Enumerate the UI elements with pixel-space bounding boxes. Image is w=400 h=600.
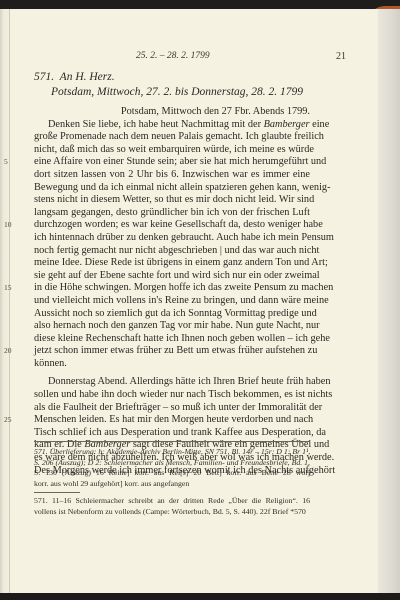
letter-heading: 571. An H. Herz. Potsdam, Mittwoch, 27. … xyxy=(34,70,303,100)
text-line: als die Faulheit der Briefträger – so mu… xyxy=(34,402,310,415)
apparatus-line: S. 130 (Auszug) 16 Reine] korr. aus Rei[… xyxy=(34,468,310,479)
text-line: 5eine Affaire von einer Stunde sein; abe… xyxy=(34,156,310,169)
scan-background-bottom xyxy=(0,593,400,600)
apparatus-line: korr. aus wohl 29 aufgehört] korr. aus a… xyxy=(34,479,310,490)
text-line: nicht, daß mich das so weit embarquiren … xyxy=(34,144,310,157)
commentary-line: 571. 11–16 Schleiermacher schreibt an de… xyxy=(34,496,310,507)
text-line: 20jetzt schon immer etwas früher zu Bett… xyxy=(34,345,310,358)
line-number: 15 xyxy=(4,282,12,295)
page-right-edge xyxy=(378,9,400,593)
commentary-rule xyxy=(34,492,80,493)
line-number: 25 xyxy=(4,414,12,427)
apparatus-line: S. 206 (Auszug); D 2: Schleiermacher als… xyxy=(34,458,310,469)
letter-place-date: Potsdam, Mittwoch, 27. 2. bis Donnerstag… xyxy=(34,85,303,100)
line-number: 5 xyxy=(4,156,8,169)
text-line: und vielleicht mich vollens in's Reine z… xyxy=(34,295,310,308)
text-line: 15in die Höhe schwingen. Morgen hoffe ic… xyxy=(34,282,310,295)
text-line: Bewegung und da ich einmal nicht allein … xyxy=(34,182,310,195)
text-line: Denken Sie liebe, ich habe heut Nachmitt… xyxy=(34,119,310,132)
dateline: Potsdam, Mittwoch den 27 Fbr. Abends 179… xyxy=(34,106,310,119)
text-line: Donnerstag Abend. Allerdings hätte ich I… xyxy=(34,376,310,389)
commentary: 571. 11–16 Schleiermacher schreibt an de… xyxy=(34,496,310,517)
letter-body: Potsdam, Mittwoch den 27 Fbr. Abends 179… xyxy=(34,106,310,477)
text-line: sollen und habe ihn doch wieder nur nach… xyxy=(34,389,310,402)
running-head-dates: 25. 2. – 28. 2. 1799 xyxy=(136,51,210,61)
text-line: sie geht auf der Ebene sachte fort und w… xyxy=(34,270,310,283)
page-number: 21 xyxy=(336,51,346,62)
page-left-edge xyxy=(0,9,10,593)
textual-apparatus: 571. Überlieferung: h: Akademie-Archiv B… xyxy=(34,447,310,489)
line-number: 20 xyxy=(4,345,12,358)
apparatus-line: 571. Überlieferung: h: Akademie-Archiv B… xyxy=(34,447,310,458)
text-line: 25Menschen leiden. Es hat mir den Morgen… xyxy=(34,414,310,427)
line-number: 10 xyxy=(4,219,12,232)
text-line: langsam gegangen, desto gründlicher bin … xyxy=(34,207,310,220)
scan-background-top xyxy=(0,0,400,9)
text-line: ich hintennach drüber zu denken gebrauch… xyxy=(34,232,310,245)
text-line: große Promenade nach dem neuen Palais ge… xyxy=(34,131,310,144)
commentary-line: vollens ist Nebenform zu vollends (Campe… xyxy=(34,507,310,518)
text-line: noch fertig gemacht nur nicht abgeschrie… xyxy=(34,245,310,258)
letter-number: 571. xyxy=(34,71,54,83)
text-line: können. xyxy=(34,358,310,371)
apparatus-rule xyxy=(34,441,310,442)
text-line: 10durchzogen worden; es war keine Gesell… xyxy=(34,219,310,232)
scanned-page: 25. 2. – 28. 2. 1799 21 571. An H. Herz.… xyxy=(0,0,400,600)
text-line: Aussicht noch so ziemlich gut da ich Son… xyxy=(34,308,310,321)
text-line: stens nicht in diesem Wetter, so thut es… xyxy=(34,194,310,207)
text-line: dort sitzen lassen von 2 Uhr bis 6. Inzw… xyxy=(34,169,310,182)
text-line: Tisch schlief ich aus Desperation und tr… xyxy=(34,427,310,440)
text-line: meine Idee. Diese Rede ist übrigens in e… xyxy=(34,257,310,270)
letter-recipient: An H. Herz. xyxy=(60,71,115,83)
text-line: also hernach noch den ganzen Tag vor mir… xyxy=(34,320,310,333)
text-line: diese kleine Rechenschaft hatte ich Ihne… xyxy=(34,333,310,346)
